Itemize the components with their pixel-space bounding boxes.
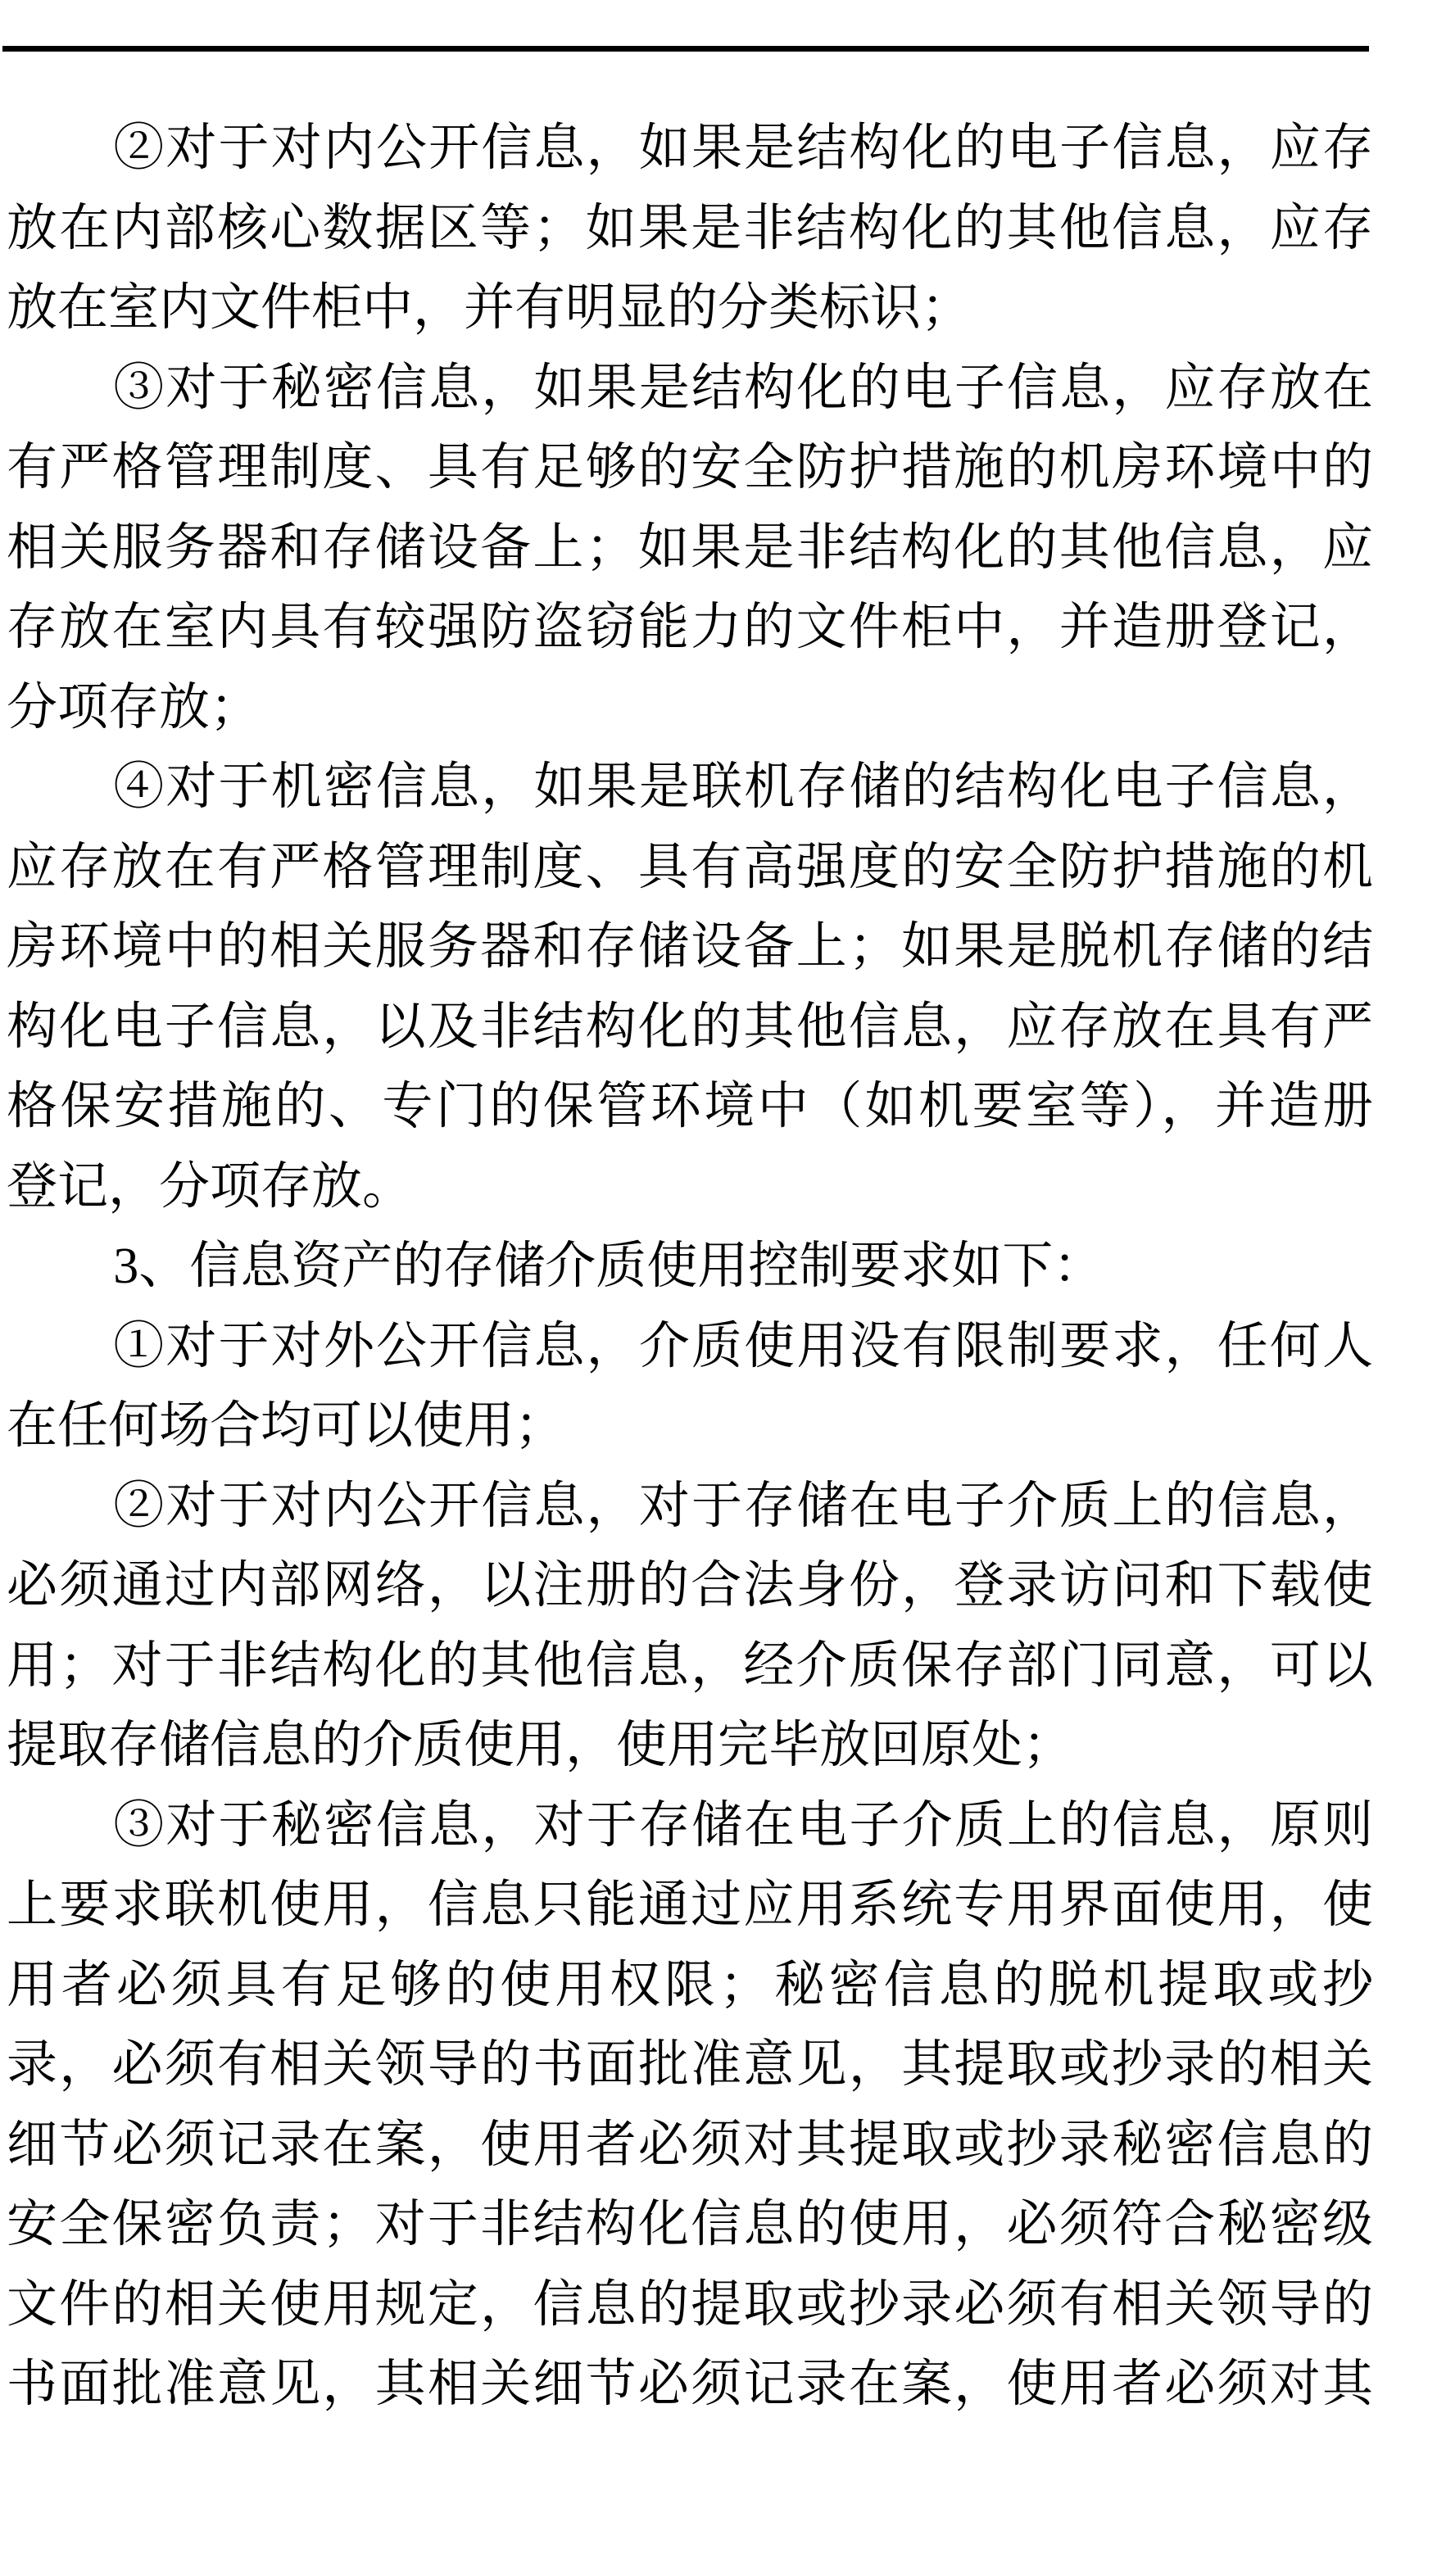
text-line: 房环境中的相关服务器和存储设备上；如果是脱机存储的结 bbox=[7, 908, 1373, 988]
text-line: 存放在室内具有较强防盗窃能力的文件柜中，并造册登记， bbox=[7, 588, 1373, 668]
text-line: ②对于对内公开信息，对于存储在电子介质上的信息， bbox=[7, 1467, 1373, 1547]
text-line: 用者必须具有足够的使用权限；秘密信息的脱机提取或抄 bbox=[7, 1946, 1373, 2026]
text-line: ①对于对外公开信息，介质使用没有限制要求，任何人 bbox=[7, 1307, 1373, 1388]
text-line: ③对于秘密信息，对于存储在电子介质上的信息，原则 bbox=[7, 1786, 1373, 1867]
document-page: ②对于对内公开信息，如果是结构化的电子信息，应存放在内部核心数据区等；如果是非结… bbox=[0, 0, 1437, 2576]
text-line: 安全保密负责；对于非结构化信息的使用，必须符合秘密级 bbox=[7, 2185, 1373, 2266]
text-line: 分项存放； bbox=[7, 668, 1373, 749]
text-line: 放在内部核心数据区等；如果是非结构化的其他信息，应存 bbox=[7, 189, 1373, 269]
text-line: ②对于对内公开信息，如果是结构化的电子信息，应存 bbox=[7, 109, 1373, 189]
text-line: 3、信息资产的存储介质使用控制要求如下： bbox=[7, 1227, 1373, 1307]
text-line: 文件的相关使用规定，信息的提取或抄录必须有相关领导的 bbox=[7, 2266, 1373, 2346]
text-line: 书面批准意见，其相关细节必须记录在案，使用者必须对其 bbox=[7, 2345, 1373, 2425]
document-body: ②对于对内公开信息，如果是结构化的电子信息，应存放在内部核心数据区等；如果是非结… bbox=[7, 109, 1373, 2425]
text-line: 应存放在有严格管理制度、具有高强度的安全防护措施的机 bbox=[7, 828, 1373, 908]
text-line: 构化电子信息，以及非结构化的其他信息，应存放在具有严 bbox=[7, 988, 1373, 1068]
text-line: 必须通过内部网络，以注册的合法身份，登录访问和下载使 bbox=[7, 1546, 1373, 1627]
text-line: 相关服务器和存储设备上；如果是非结构化的其他信息，应 bbox=[7, 509, 1373, 589]
text-line: ③对于秘密信息，如果是结构化的电子信息，应存放在 bbox=[7, 349, 1373, 429]
text-line: 细节必须记录在案，使用者必须对其提取或抄录秘密信息的 bbox=[7, 2106, 1373, 2186]
text-line: 有严格管理制度、具有足够的安全防护措施的机房环境中的 bbox=[7, 428, 1373, 509]
text-line: 上要求联机使用，信息只能通过应用系统专用界面使用，使 bbox=[7, 1866, 1373, 1946]
text-line: 登记，分项存放。 bbox=[7, 1148, 1373, 1228]
text-line: ④对于机密信息，如果是联机存储的结构化电子信息， bbox=[7, 748, 1373, 828]
text-line: 录，必须有相关领导的书面批准意见，其提取或抄录的相关 bbox=[7, 2026, 1373, 2106]
header-rule bbox=[2, 46, 1369, 52]
text-line: 格保安措施的、专门的保管环境中（如机要室等），并造册 bbox=[7, 1067, 1373, 1148]
text-line: 放在室内文件柜中，并有明显的分类标识； bbox=[7, 269, 1373, 349]
text-line: 用；对于非结构化的其他信息，经介质保存部门同意，可以 bbox=[7, 1627, 1373, 1707]
text-line: 提取存储信息的介质使用，使用完毕放回原处； bbox=[7, 1706, 1373, 1786]
text-line: 在任何场合均可以使用； bbox=[7, 1387, 1373, 1467]
